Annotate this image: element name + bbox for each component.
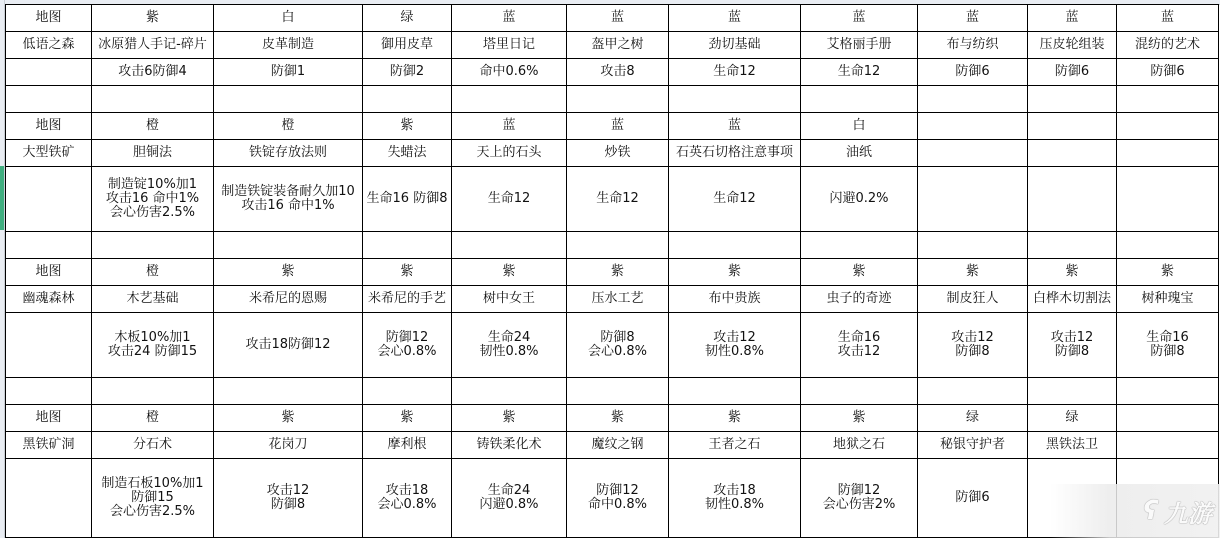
item-stats-cell[interactable]: 防御12 命中0.8% [567, 459, 669, 538]
item-name-cell[interactable]: 盔甲之树 [567, 32, 669, 59]
item-name-cell[interactable]: 秘银守护者 [918, 432, 1028, 459]
rarity-cell[interactable]: 绿 [1028, 405, 1117, 432]
item-name-cell[interactable]: 花岗刀 [214, 432, 363, 459]
item-stats-cell[interactable]: 制造石板10%加1 防御15 会心伤害2.5% [92, 459, 214, 538]
empty-cell[interactable] [363, 232, 452, 259]
rarity-row: 地图紫白绿蓝蓝蓝蓝蓝蓝蓝 [6, 5, 1219, 32]
rarity-cell[interactable]: 橙 [92, 405, 214, 432]
item-stats-cell[interactable]: 制造铁锭装备耐久加10 攻击16 命中1% [214, 167, 363, 232]
rarity-row: 地图橙橙紫蓝蓝蓝白 [6, 113, 1219, 140]
watermark-logo-icon: ʕ [1143, 496, 1158, 526]
empty-cell[interactable] [918, 86, 1028, 113]
item-name-cell[interactable]: 树种瑰宝 [1117, 286, 1219, 313]
item-name-cell[interactable]: 布中贵族 [669, 286, 801, 313]
empty-cell[interactable] [452, 378, 567, 405]
rarity-cell[interactable]: 蓝 [452, 113, 567, 140]
item-stats-cell[interactable]: 防御6 [1028, 59, 1117, 86]
rarity-cell[interactable]: 蓝 [452, 5, 567, 32]
empty-cell[interactable] [567, 378, 669, 405]
item-name-cell[interactable]: 摩利根 [363, 432, 452, 459]
item-stats-cell[interactable]: 生命12 [801, 59, 918, 86]
empty-cell[interactable] [669, 378, 801, 405]
item-name-cell[interactable]: 布与纺织 [918, 32, 1028, 59]
map-name-cell[interactable]: 黑铁矿洞 [6, 432, 92, 459]
rarity-cell[interactable] [1117, 113, 1219, 140]
blank-row [6, 232, 1219, 259]
rarity-row: 地图橙紫紫紫紫紫紫绿绿 [6, 405, 1219, 432]
empty-cell[interactable] [6, 86, 92, 113]
empty-cell[interactable] [452, 86, 567, 113]
map-name-cell[interactable]: 低语之森 [6, 32, 92, 59]
rarity-cell[interactable]: 橙 [214, 113, 363, 140]
item-stats-cell[interactable]: 防御6 [918, 59, 1028, 86]
item-stats-cell[interactable] [918, 167, 1028, 232]
item-name-row: 黑铁矿洞分石术花岗刀摩利根铸铁柔化术魔纹之钢王者之石地狱之石秘银守护者黑铁法卫 [6, 432, 1219, 459]
item-name-row: 大型铁矿胆铜法铁锭存放法则失蜡法天上的石头炒铁石英石切格注意事项油纸 [6, 140, 1219, 167]
rarity-cell[interactable]: 紫 [363, 113, 452, 140]
rarity-cell[interactable]: 紫 [567, 259, 669, 286]
item-stats-cell[interactable]: 生命16 防御8 [1117, 313, 1219, 378]
rarity-cell[interactable]: 紫 [801, 259, 918, 286]
item-stats-cell[interactable]: 防御2 [363, 59, 452, 86]
rarity-cell[interactable] [1117, 405, 1219, 432]
item-name-cell[interactable] [1028, 140, 1117, 167]
map-label-cell[interactable]: 地图 [6, 113, 92, 140]
item-stats-row: 木板10%加1 攻击24 防御15攻击18防御12防御12 会心0.8%生命24… [6, 313, 1219, 378]
empty-cell[interactable] [6, 232, 92, 259]
item-name-cell[interactable]: 压皮轮组装 [1028, 32, 1117, 59]
empty-cell[interactable] [669, 232, 801, 259]
selected-row-indicator [0, 166, 4, 230]
empty-cell[interactable] [1028, 86, 1117, 113]
empty-cell[interactable] [452, 232, 567, 259]
item-stats-row: 攻击6防御4防御1防御2命中0.6%攻击8生命12生命12防御6防御6防御6 [6, 59, 1219, 86]
item-stats-cell[interactable]: 防御1 [214, 59, 363, 86]
rarity-cell[interactable]: 蓝 [801, 5, 918, 32]
item-name-cell[interactable]: 石英石切格注意事项 [669, 140, 801, 167]
empty-cell[interactable] [363, 378, 452, 405]
empty-cell[interactable] [1028, 232, 1117, 259]
rarity-cell[interactable]: 紫 [801, 405, 918, 432]
item-name-cell[interactable] [1117, 140, 1219, 167]
item-stats-cell[interactable] [1117, 167, 1219, 232]
item-stats-cell[interactable]: 攻击12 韧性0.8% [669, 313, 801, 378]
item-name-cell[interactable]: 铁锭存放法则 [214, 140, 363, 167]
empty-cell[interactable] [92, 378, 214, 405]
empty-cell[interactable] [801, 86, 918, 113]
item-stats-cell[interactable]: 生命24 闪避0.8% [452, 459, 567, 538]
item-name-cell[interactable]: 胆铜法 [92, 140, 214, 167]
empty-cell[interactable] [6, 378, 92, 405]
item-stats-cell[interactable]: 生命24 韧性0.8% [452, 313, 567, 378]
rarity-cell[interactable]: 白 [214, 5, 363, 32]
item-stats-cell[interactable]: 防御8 会心0.8% [567, 313, 669, 378]
item-stats-cell[interactable]: 生命12 [452, 167, 567, 232]
empty-cell[interactable] [6, 459, 92, 538]
item-stats-cell[interactable]: 生命12 [669, 167, 801, 232]
item-stats-cell[interactable]: 制造锭10%加1 攻击16 命中1% 会心伤害2.5% [92, 167, 214, 232]
empty-cell[interactable] [214, 86, 363, 113]
item-name-cell[interactable]: 艾格丽手册 [801, 32, 918, 59]
item-name-cell[interactable]: 压水工艺 [567, 286, 669, 313]
rarity-cell[interactable]: 紫 [214, 405, 363, 432]
item-name-cell[interactable]: 树中女王 [452, 286, 567, 313]
item-stats-cell[interactable]: 攻击12 防御8 [1028, 313, 1117, 378]
rarity-cell[interactable]: 蓝 [567, 5, 669, 32]
item-name-row: 幽魂森林木艺基础米希尼的恩赐米希尼的手艺树中女王压水工艺布中贵族虫子的奇迹制皮狂… [6, 286, 1219, 313]
item-stats-cell[interactable]: 防御6 [918, 459, 1028, 538]
rarity-cell[interactable] [1028, 113, 1117, 140]
item-stats-cell[interactable]: 攻击18防御12 [214, 313, 363, 378]
rarity-cell[interactable]: 紫 [92, 5, 214, 32]
item-name-cell[interactable]: 塔里日记 [452, 32, 567, 59]
rarity-row: 地图橙紫紫紫紫紫紫紫紫紫 [6, 259, 1219, 286]
empty-cell[interactable] [92, 86, 214, 113]
map-name-cell[interactable]: 大型铁矿 [6, 140, 92, 167]
empty-cell[interactable] [567, 86, 669, 113]
rarity-cell[interactable]: 绿 [363, 5, 452, 32]
empty-cell[interactable] [1117, 378, 1219, 405]
item-name-row: 低语之森冰原猎人手记-碎片皮革制造御用皮草塔里日记盔甲之树劲切基础艾格丽手册布与… [6, 32, 1219, 59]
empty-cell[interactable] [1117, 232, 1219, 259]
rarity-cell[interactable]: 蓝 [669, 113, 801, 140]
empty-cell[interactable] [918, 378, 1028, 405]
item-name-cell[interactable]: 地狱之石 [801, 432, 918, 459]
item-stats-cell[interactable]: 攻击18 会心0.8% [363, 459, 452, 538]
item-name-cell[interactable]: 油纸 [801, 140, 918, 167]
item-name-cell[interactable]: 御用皮草 [363, 32, 452, 59]
item-stats-row: 制造石板10%加1 防御15 会心伤害2.5%攻击12 防御8攻击18 会心0.… [6, 459, 1219, 538]
empty-cell[interactable] [1117, 86, 1219, 113]
map-label-cell[interactable]: 地图 [6, 259, 92, 286]
empty-cell[interactable] [6, 167, 92, 232]
rarity-cell[interactable]: 紫 [452, 259, 567, 286]
item-name-cell[interactable]: 分石术 [92, 432, 214, 459]
item-stats-cell[interactable]: 攻击12 防御8 [214, 459, 363, 538]
rarity-cell[interactable]: 橙 [92, 259, 214, 286]
rarity-cell[interactable]: 绿 [918, 405, 1028, 432]
item-stats-row: 制造锭10%加1 攻击16 命中1% 会心伤害2.5%制造铁锭装备耐久加10 攻… [6, 167, 1219, 232]
empty-cell[interactable] [92, 232, 214, 259]
item-stats-cell[interactable]: 防御6 [1117, 59, 1219, 86]
watermark: ʕ 九游 [1050, 484, 1220, 538]
item-name-cell[interactable]: 米希尼的手艺 [363, 286, 452, 313]
item-stats-cell[interactable]: 生命16 防御8 [363, 167, 452, 232]
rarity-cell[interactable]: 紫 [669, 259, 801, 286]
empty-cell[interactable] [214, 378, 363, 405]
item-name-cell[interactable]: 虫子的奇迹 [801, 286, 918, 313]
rarity-cell[interactable]: 蓝 [1028, 5, 1117, 32]
rarity-cell[interactable]: 紫 [452, 405, 567, 432]
empty-cell[interactable] [6, 59, 92, 86]
empty-cell[interactable] [1028, 378, 1117, 405]
empty-cell[interactable] [567, 232, 669, 259]
rarity-cell[interactable]: 紫 [567, 405, 669, 432]
item-stats-cell[interactable]: 木板10%加1 攻击24 防御15 [92, 313, 214, 378]
item-name-cell[interactable]: 米希尼的恩赐 [214, 286, 363, 313]
empty-cell[interactable] [6, 313, 92, 378]
item-stats-cell[interactable]: 命中0.6% [452, 59, 567, 86]
item-stats-cell[interactable]: 防御12 会心0.8% [363, 313, 452, 378]
item-stats-cell[interactable]: 闪避0.2% [801, 167, 918, 232]
item-name-cell[interactable]: 失蜡法 [363, 140, 452, 167]
item-name-cell[interactable]: 王者之石 [669, 432, 801, 459]
item-name-cell[interactable]: 炒铁 [567, 140, 669, 167]
item-stats-cell[interactable] [1028, 167, 1117, 232]
item-name-cell[interactable]: 制皮狂人 [918, 286, 1028, 313]
item-name-cell[interactable]: 天上的石头 [452, 140, 567, 167]
item-name-cell[interactable]: 白桦木切割法 [1028, 286, 1117, 313]
empty-cell[interactable] [669, 86, 801, 113]
empty-cell[interactable] [801, 232, 918, 259]
item-stats-cell[interactable]: 攻击12 防御8 [918, 313, 1028, 378]
spreadsheet-grid: 地图紫白绿蓝蓝蓝蓝蓝蓝蓝低语之森冰原猎人手记-碎片皮革制造御用皮草塔里日记盔甲之… [5, 4, 1219, 538]
rarity-cell[interactable]: 紫 [1028, 259, 1117, 286]
rarity-cell[interactable]: 橙 [92, 113, 214, 140]
map-name-cell[interactable]: 幽魂森林 [6, 286, 92, 313]
rarity-cell[interactable]: 蓝 [918, 5, 1028, 32]
item-name-cell[interactable] [1117, 432, 1219, 459]
item-stats-cell[interactable]: 攻击8 [567, 59, 669, 86]
rarity-cell[interactable]: 紫 [363, 405, 452, 432]
item-name-cell[interactable]: 铸铁柔化术 [452, 432, 567, 459]
empty-cell[interactable] [363, 86, 452, 113]
item-stats-cell[interactable]: 攻击18 韧性0.8% [669, 459, 801, 538]
empty-cell[interactable] [918, 232, 1028, 259]
rarity-cell[interactable]: 紫 [918, 259, 1028, 286]
item-name-cell[interactable]: 劲切基础 [669, 32, 801, 59]
rarity-cell[interactable]: 紫 [214, 259, 363, 286]
empty-cell[interactable] [214, 232, 363, 259]
map-label-cell[interactable]: 地图 [6, 405, 92, 432]
rarity-cell[interactable]: 紫 [1117, 259, 1219, 286]
rarity-cell[interactable]: 白 [801, 113, 918, 140]
blank-row [6, 378, 1219, 405]
map-label-cell[interactable]: 地图 [6, 5, 92, 32]
item-stats-cell[interactable]: 防御12 会心伤害2% [801, 459, 918, 538]
item-stats-cell[interactable]: 生命16 攻击12 [801, 313, 918, 378]
item-name-cell[interactable]: 黑铁法卫 [1028, 432, 1117, 459]
item-name-cell[interactable] [918, 140, 1028, 167]
item-name-cell[interactable]: 冰原猎人手记-碎片 [92, 32, 214, 59]
item-name-cell[interactable]: 混纺的艺术 [1117, 32, 1219, 59]
rarity-cell[interactable]: 蓝 [567, 113, 669, 140]
rarity-cell[interactable]: 紫 [669, 405, 801, 432]
rarity-cell[interactable]: 蓝 [1117, 5, 1219, 32]
rarity-cell[interactable]: 蓝 [669, 5, 801, 32]
item-name-cell[interactable]: 魔纹之钢 [567, 432, 669, 459]
watermark-text: 九游 [1164, 494, 1212, 529]
item-stats-cell[interactable]: 攻击6防御4 [92, 59, 214, 86]
item-stats-cell[interactable]: 生命12 [669, 59, 801, 86]
empty-cell[interactable] [801, 378, 918, 405]
rarity-cell[interactable] [918, 113, 1028, 140]
rarity-cell[interactable]: 紫 [363, 259, 452, 286]
item-name-cell[interactable]: 木艺基础 [92, 286, 214, 313]
item-stats-cell[interactable]: 生命12 [567, 167, 669, 232]
item-name-cell[interactable]: 皮革制造 [214, 32, 363, 59]
blank-row [6, 86, 1219, 113]
